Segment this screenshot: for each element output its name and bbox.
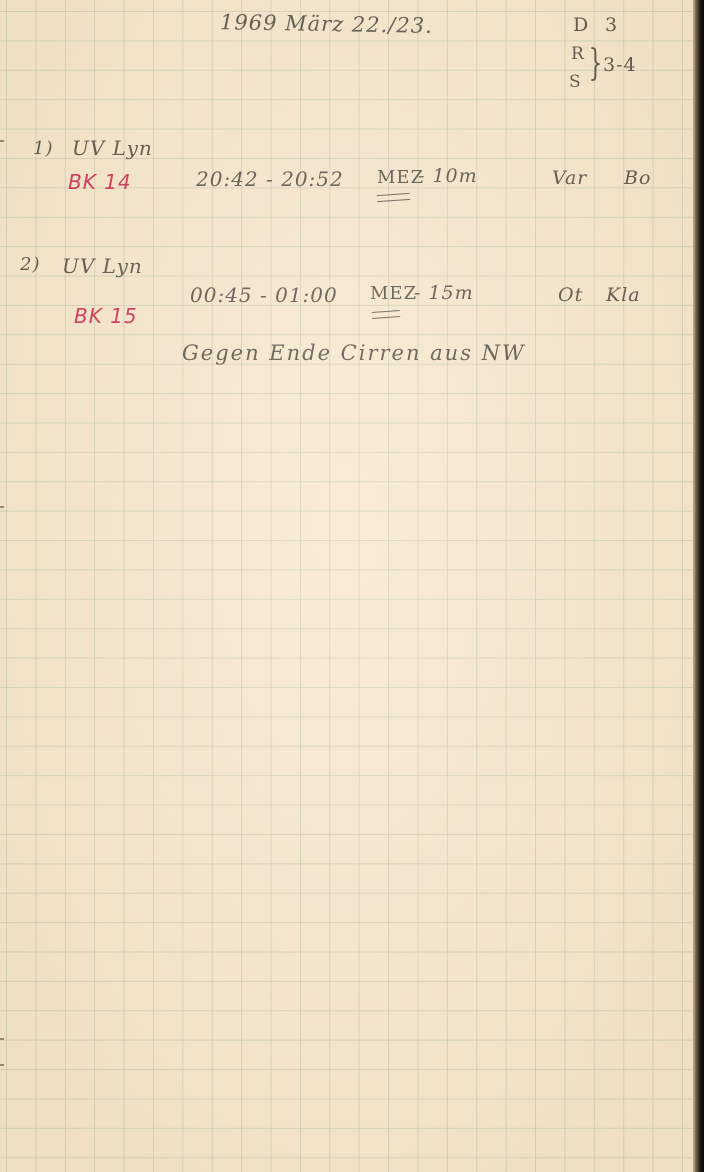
entry-number: 2) — [20, 254, 40, 275]
entry-duration: - 15m — [414, 282, 474, 304]
notebook-page: 1969 März 22./23. D 3 R S } 3-4 1) UV Ly… — [0, 0, 693, 1172]
entry-object: UV Lyn — [72, 136, 153, 160]
date-heading: 1969 März 22./23. — [220, 10, 433, 38]
page-edge-shadow — [693, 0, 704, 1172]
rating-d-label: D — [573, 14, 589, 36]
entry-timezone: MEZ — [370, 283, 417, 304]
entry-observer: Var — [552, 167, 587, 189]
brace-mark: } — [589, 42, 603, 86]
timezone-double-underline — [377, 193, 410, 202]
rating-rs-value: 3-4 — [603, 54, 637, 76]
entry-duration: - 10m — [418, 165, 478, 187]
rating-r-label: R — [571, 44, 585, 64]
entry-time: 20:42 - 20:52 — [196, 167, 344, 191]
rating-s-label: S — [569, 72, 582, 92]
entry-object: UV Lyn — [62, 254, 143, 278]
entry-place: Kla — [606, 284, 641, 306]
entry-place: Bo — [624, 167, 651, 189]
entry-code: BK 14 — [68, 170, 132, 194]
observation-note: Gegen Ende Cirren aus NW — [182, 341, 526, 365]
timezone-double-underline — [372, 310, 400, 319]
entry-code: BK 15 — [74, 304, 138, 328]
entry-time: 00:45 - 01:00 — [190, 283, 338, 307]
entry-number: 1) — [33, 138, 53, 159]
entry-observer: Ot — [558, 284, 583, 306]
rating-d-value: 3 — [605, 14, 618, 36]
